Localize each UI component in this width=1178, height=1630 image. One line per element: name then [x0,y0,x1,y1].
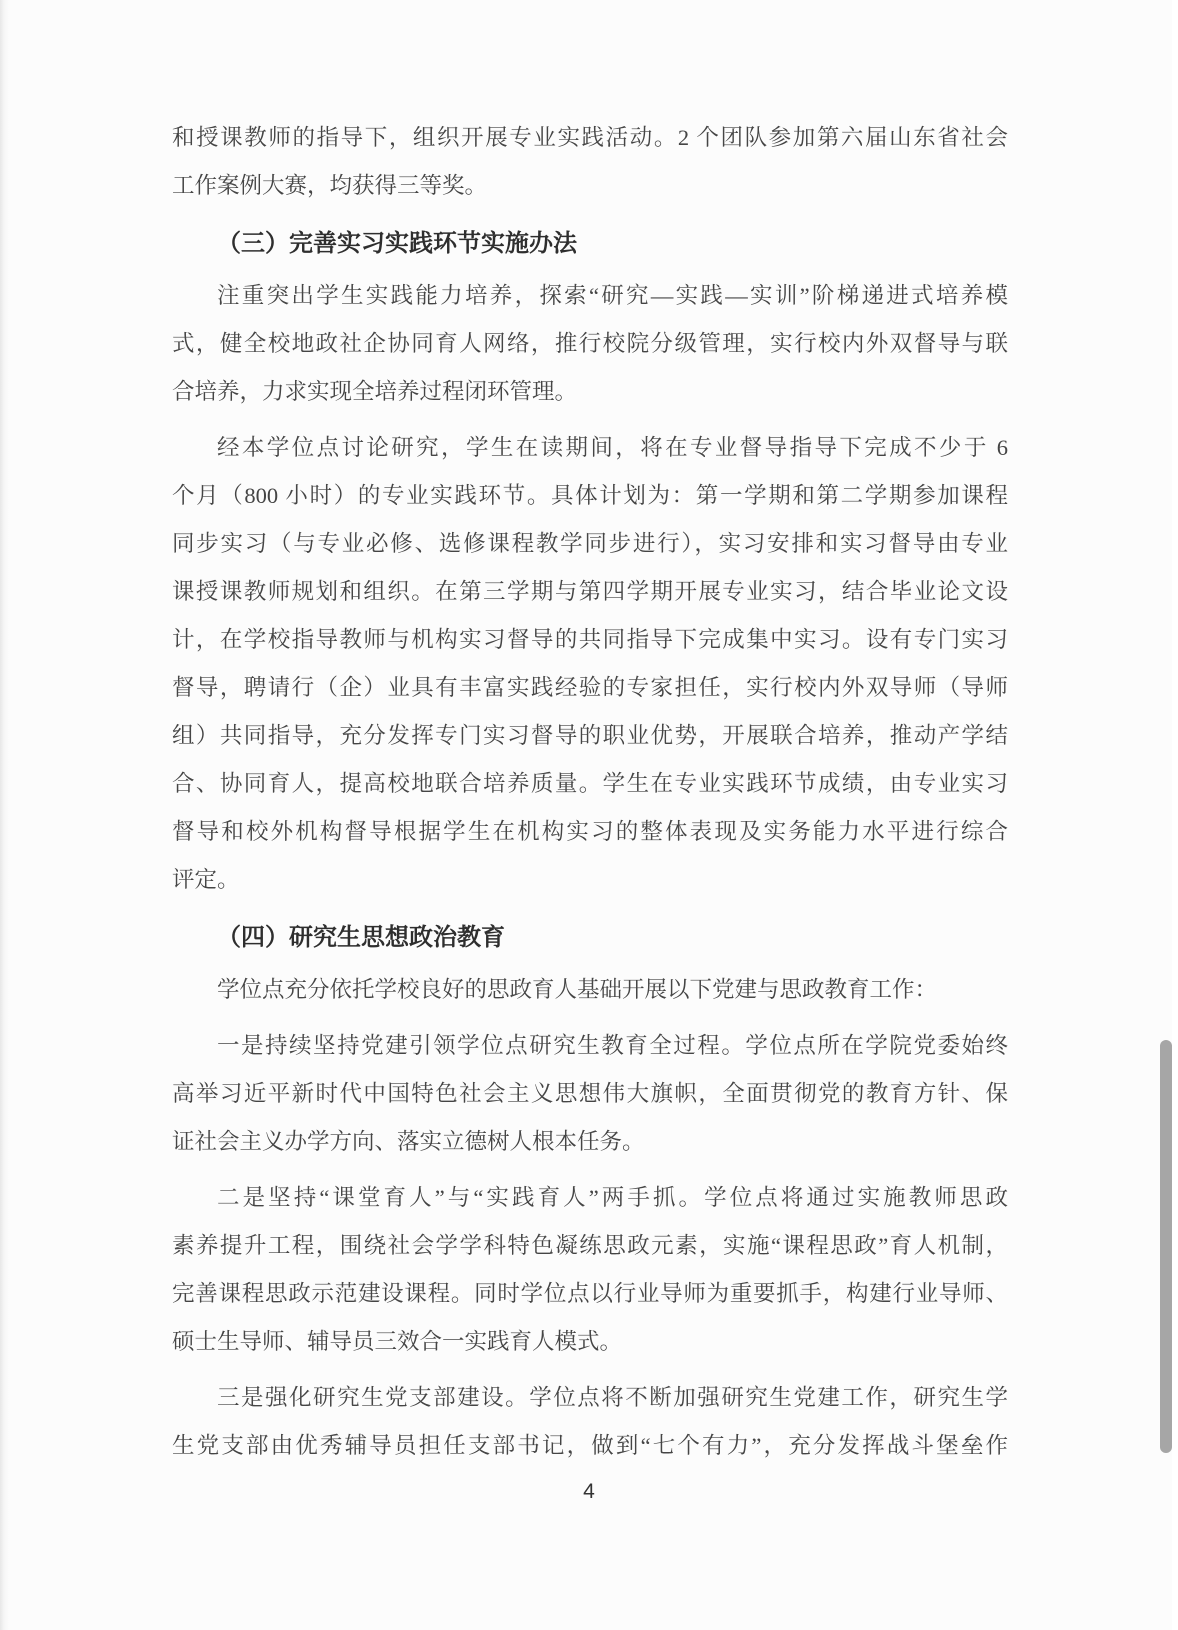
text-line: 生党支部由优秀辅导员担任支部书记，做到“七个有力”，充分发挥战斗堡垒作 [172,1422,1008,1470]
text-line: 学位点充分依托学校良好的思政育人基础开展以下党建与思政教育工作： [172,966,1008,1014]
section-heading: （三）完善实习实践环节实施办法 [172,220,1008,268]
text-line: 个月（800 小时）的专业实践环节。具体计划为：第一学期和第二学期参加课程 [172,472,1008,520]
scrollbar-thumb[interactable] [1160,1040,1172,1453]
paragraph: 三是强化研究生党支部建设。学位点将不断加强研究生党建工作，研究生学生党支部由优秀… [172,1374,1008,1470]
text-line: 式，健全校地政社企协同育人网络，推行校院分级管理，实行校内外双督导与联 [172,320,1008,368]
paragraph: 和授课教师的指导下，组织开展专业实践活动。2 个团队参加第六届山东省社会工作案例… [172,114,1008,210]
document-viewer: 和授课教师的指导下，组织开展专业实践活动。2 个团队参加第六届山东省社会工作案例… [0,0,1178,1630]
text-line: 完善课程思政示范建设课程。同时学位点以行业导师为重要抓手，构建行业导师、 [172,1270,1008,1318]
paragraph: 一是持续坚持党建引领学位点研究生教育全过程。学位点所在学院党委始终高举习近平新时… [172,1022,1008,1166]
scrollbar-track[interactable] [1172,0,1178,1630]
text-line: 和授课教师的指导下，组织开展专业实践活动。2 个团队参加第六届山东省社会 [172,114,1008,162]
text-line: 督导，聘请行（企）业具有丰富实践经验的专家担任，实行校内外双导师（导师 [172,664,1008,712]
text-line: 评定。 [172,856,1008,904]
paragraph: 学位点充分依托学校良好的思政育人基础开展以下党建与思政教育工作： [172,966,1008,1014]
text-line: 二是坚持“课堂育人”与“实践育人”两手抓。学位点将通过实施教师思政 [172,1174,1008,1222]
section-heading: （四）研究生思想政治教育 [172,914,1008,962]
text-line: 组）共同指导，充分发挥专门实习督导的职业优势，开展联合培养，推动产学结 [172,712,1008,760]
paragraph: 二是坚持“课堂育人”与“实践育人”两手抓。学位点将通过实施教师思政素养提升工程，… [172,1174,1008,1366]
text-line: 证社会主义办学方向、落实立德树人根本任务。 [172,1118,1008,1166]
text-line: 注重突出学生实践能力培养，探索“研究—实践—实训”阶梯递进式培养模 [172,272,1008,320]
paragraph: 注重突出学生实践能力培养，探索“研究—实践—实训”阶梯递进式培养模式，健全校地政… [172,272,1008,416]
paragraph: 经本学位点讨论研究，学生在读期间，将在专业督导指导下完成不少于 6个月（800 … [172,424,1008,904]
text-line: 工作案例大赛，均获得三等奖。 [172,162,1008,210]
text-line: 计，在学校指导教师与机构实习督导的共同指导下完成集中实习。设有专门实习 [172,616,1008,664]
text-line: 硕士生导师、辅导员三效合一实践育人模式。 [172,1318,1008,1366]
page-number: 4 [0,1470,1178,1514]
text-line: 合、协同育人，提高校地联合培养质量。学生在专业实践环节成绩，由专业实习 [172,760,1008,808]
text-line: 督导和校外机构督导根据学生在机构实习的整体表现及实务能力水平进行综合 [172,808,1008,856]
text-line: 同步实习（与专业必修、选修课程教学同步进行），实习安排和实习督导由专业 [172,520,1008,568]
page-content: 和授课教师的指导下，组织开展专业实践活动。2 个团队参加第六届山东省社会工作案例… [172,114,1008,1478]
text-line: 素养提升工程，围绕社会学学科特色凝练思政元素，实施“课程思政”育人机制， [172,1222,1008,1270]
text-line: 经本学位点讨论研究，学生在读期间，将在专业督导指导下完成不少于 6 [172,424,1008,472]
text-line: 一是持续坚持党建引领学位点研究生教育全过程。学位点所在学院党委始终 [172,1022,1008,1070]
text-line: 高举习近平新时代中国特色社会主义思想伟大旗帜，全面贯彻党的教育方针、保 [172,1070,1008,1118]
text-line: 课授课教师规划和组织。在第三学期与第四学期开展专业实习，结合毕业论文设 [172,568,1008,616]
left-edge-shade [0,0,9,1630]
text-line: 合培养，力求实现全培养过程闭环管理。 [172,368,1008,416]
text-line: 三是强化研究生党支部建设。学位点将不断加强研究生党建工作，研究生学 [172,1374,1008,1422]
